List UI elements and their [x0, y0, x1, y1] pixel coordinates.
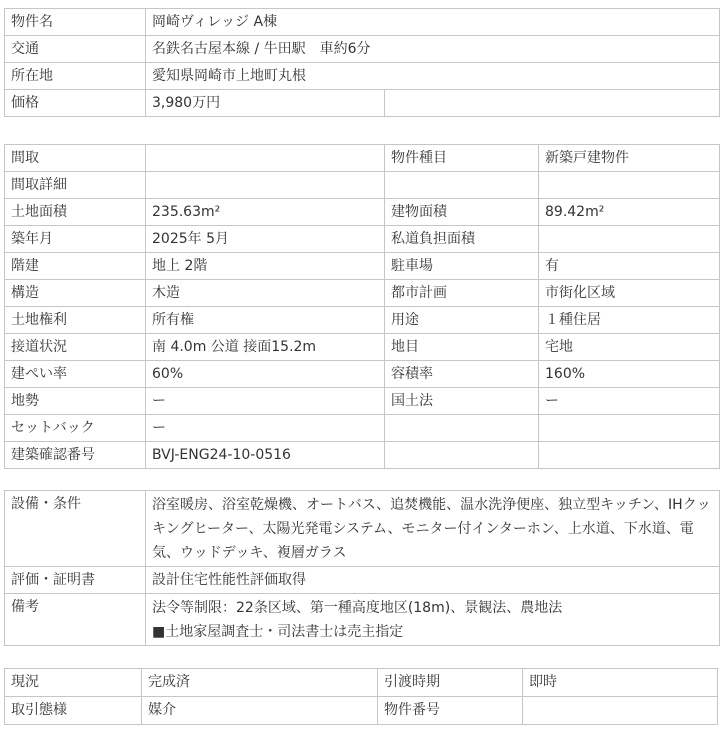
- property-number-value: [523, 697, 718, 725]
- detail-label: 建物面積: [385, 199, 539, 226]
- certificate-label: 評価・証明書: [5, 567, 146, 594]
- basic-info-table: 物件名 岡崎ヴィレッジ A棟 交通 名鉄名古屋本線 / 牛田駅 車約6分 所在地…: [4, 8, 720, 117]
- detail-label: 地目: [385, 334, 539, 361]
- detail-label: 土地権利: [5, 307, 146, 334]
- access-label: 交通: [5, 36, 146, 63]
- transaction-type-value: 媒介: [142, 697, 378, 725]
- detail-label: 駐車場: [385, 253, 539, 280]
- remarks-line-1: 法令等制限：22条区域、第一種高度地区(18m)、景観法、農地法: [152, 596, 715, 620]
- detail-label: 用途: [385, 307, 539, 334]
- detail-label: 接道状況: [5, 334, 146, 361]
- price-extra: [385, 90, 720, 117]
- certificate-value: 設計住宅性能性評価取得: [146, 567, 720, 594]
- table-row: 間取物件種目新築戸建物件: [5, 145, 720, 172]
- detail-label: 土地面積: [5, 199, 146, 226]
- detail-label: 間取: [5, 145, 146, 172]
- detail-value: [539, 172, 720, 199]
- detail-value: 南 4.0m 公道 接面15.2m: [146, 334, 385, 361]
- table-row: 現況 完成済 引渡時期 即時: [5, 669, 718, 697]
- table-row: 建ぺい率60%容積率160%: [5, 361, 720, 388]
- table-row: 備考 法令等制限：22条区域、第一種高度地区(18m)、景観法、農地法 ■土地家…: [5, 594, 720, 646]
- handover-value: 即時: [523, 669, 718, 697]
- current-status-label: 現況: [5, 669, 142, 697]
- remarks-line-2: ■土地家屋調査士・司法書士は売主指定: [152, 620, 715, 644]
- detail-label: 建ぺい率: [5, 361, 146, 388]
- detail-label: 私道負担面積: [385, 226, 539, 253]
- table-row: 土地権利所有権用途１種住居: [5, 307, 720, 334]
- detail-value: ー: [146, 415, 385, 442]
- detail-value: 市街化区域: [539, 280, 720, 307]
- detail-value: 宅地: [539, 334, 720, 361]
- price-value: 3,980万円: [146, 90, 385, 117]
- detail-label: 階建: [5, 253, 146, 280]
- detail-value: [539, 415, 720, 442]
- detail-label: 物件種目: [385, 145, 539, 172]
- table-row: 設備・条件 浴室暖房、浴室乾燥機、オートバス、追焚機能、温水洗浄便座、独立型キッ…: [5, 491, 720, 567]
- detail-label: 地勢: [5, 388, 146, 415]
- address-value: 愛知県岡崎市上地町丸根: [146, 63, 720, 90]
- detail-label: [385, 442, 539, 469]
- handover-label: 引渡時期: [378, 669, 523, 697]
- detail-label: 構造: [5, 280, 146, 307]
- remarks-value: 法令等制限：22条区域、第一種高度地区(18m)、景観法、農地法 ■土地家屋調査…: [146, 594, 720, 646]
- table-row: 価格 3,980万円: [5, 90, 720, 117]
- detail-value: 所有権: [146, 307, 385, 334]
- table-row: 構造木造都市計画市街化区域: [5, 280, 720, 307]
- status-table: 現況 完成済 引渡時期 即時 取引態様 媒介 物件番号: [4, 668, 718, 725]
- table-row: 所在地 愛知県岡崎市上地町丸根: [5, 63, 720, 90]
- table-row: 土地面積235.63m²建物面積89.42m²: [5, 199, 720, 226]
- details-table: 間取物件種目新築戸建物件間取詳細土地面積235.63m²建物面積89.42m²築…: [4, 144, 720, 469]
- property-number-label: 物件番号: [378, 697, 523, 725]
- table-row: 評価・証明書 設計住宅性能性評価取得: [5, 567, 720, 594]
- detail-value: 160%: [539, 361, 720, 388]
- detail-label: 国土法: [385, 388, 539, 415]
- current-status-value: 完成済: [142, 669, 378, 697]
- features-table: 設備・条件 浴室暖房、浴室乾燥機、オートバス、追焚機能、温水洗浄便座、独立型キッ…: [4, 490, 720, 646]
- table-row: 地勢ー国土法ー: [5, 388, 720, 415]
- detail-value: 235.63m²: [146, 199, 385, 226]
- equipment-label: 設備・条件: [5, 491, 146, 567]
- detail-label: [385, 172, 539, 199]
- detail-value: 地上 2階: [146, 253, 385, 280]
- property-name-label: 物件名: [5, 9, 146, 36]
- detail-value: 60%: [146, 361, 385, 388]
- table-row: セットバックー: [5, 415, 720, 442]
- remarks-label: 備考: [5, 594, 146, 646]
- table-row: 階建地上 2階駐車場有: [5, 253, 720, 280]
- detail-value: [539, 442, 720, 469]
- detail-label: 都市計画: [385, 280, 539, 307]
- table-row: 築年月2025年 5月私道負担面積: [5, 226, 720, 253]
- transaction-type-label: 取引態様: [5, 697, 142, 725]
- table-row: 物件名 岡崎ヴィレッジ A棟: [5, 9, 720, 36]
- detail-label: 築年月: [5, 226, 146, 253]
- table-row: 取引態様 媒介 物件番号: [5, 697, 718, 725]
- detail-value: ー: [146, 388, 385, 415]
- detail-value: [146, 145, 385, 172]
- price-label: 価格: [5, 90, 146, 117]
- detail-value: 新築戸建物件: [539, 145, 720, 172]
- address-label: 所在地: [5, 63, 146, 90]
- detail-value: 有: [539, 253, 720, 280]
- detail-label: 容積率: [385, 361, 539, 388]
- table-row: 接道状況南 4.0m 公道 接面15.2m地目宅地: [5, 334, 720, 361]
- detail-label: 間取詳細: [5, 172, 146, 199]
- access-value: 名鉄名古屋本線 / 牛田駅 車約6分: [146, 36, 720, 63]
- equipment-value: 浴室暖房、浴室乾燥機、オートバス、追焚機能、温水洗浄便座、独立型キッチン、IHク…: [146, 491, 720, 567]
- detail-label: 建築確認番号: [5, 442, 146, 469]
- detail-value: [539, 226, 720, 253]
- detail-value: BVJ-ENG24-10-0516: [146, 442, 385, 469]
- detail-value: [146, 172, 385, 199]
- detail-value: 2025年 5月: [146, 226, 385, 253]
- table-row: 建築確認番号BVJ-ENG24-10-0516: [5, 442, 720, 469]
- detail-value: ー: [539, 388, 720, 415]
- detail-value: 89.42m²: [539, 199, 720, 226]
- property-name-value: 岡崎ヴィレッジ A棟: [146, 9, 720, 36]
- detail-value: 木造: [146, 280, 385, 307]
- table-row: 間取詳細: [5, 172, 720, 199]
- detail-label: [385, 415, 539, 442]
- detail-value: １種住居: [539, 307, 720, 334]
- table-row: 交通 名鉄名古屋本線 / 牛田駅 車約6分: [5, 36, 720, 63]
- detail-label: セットバック: [5, 415, 146, 442]
